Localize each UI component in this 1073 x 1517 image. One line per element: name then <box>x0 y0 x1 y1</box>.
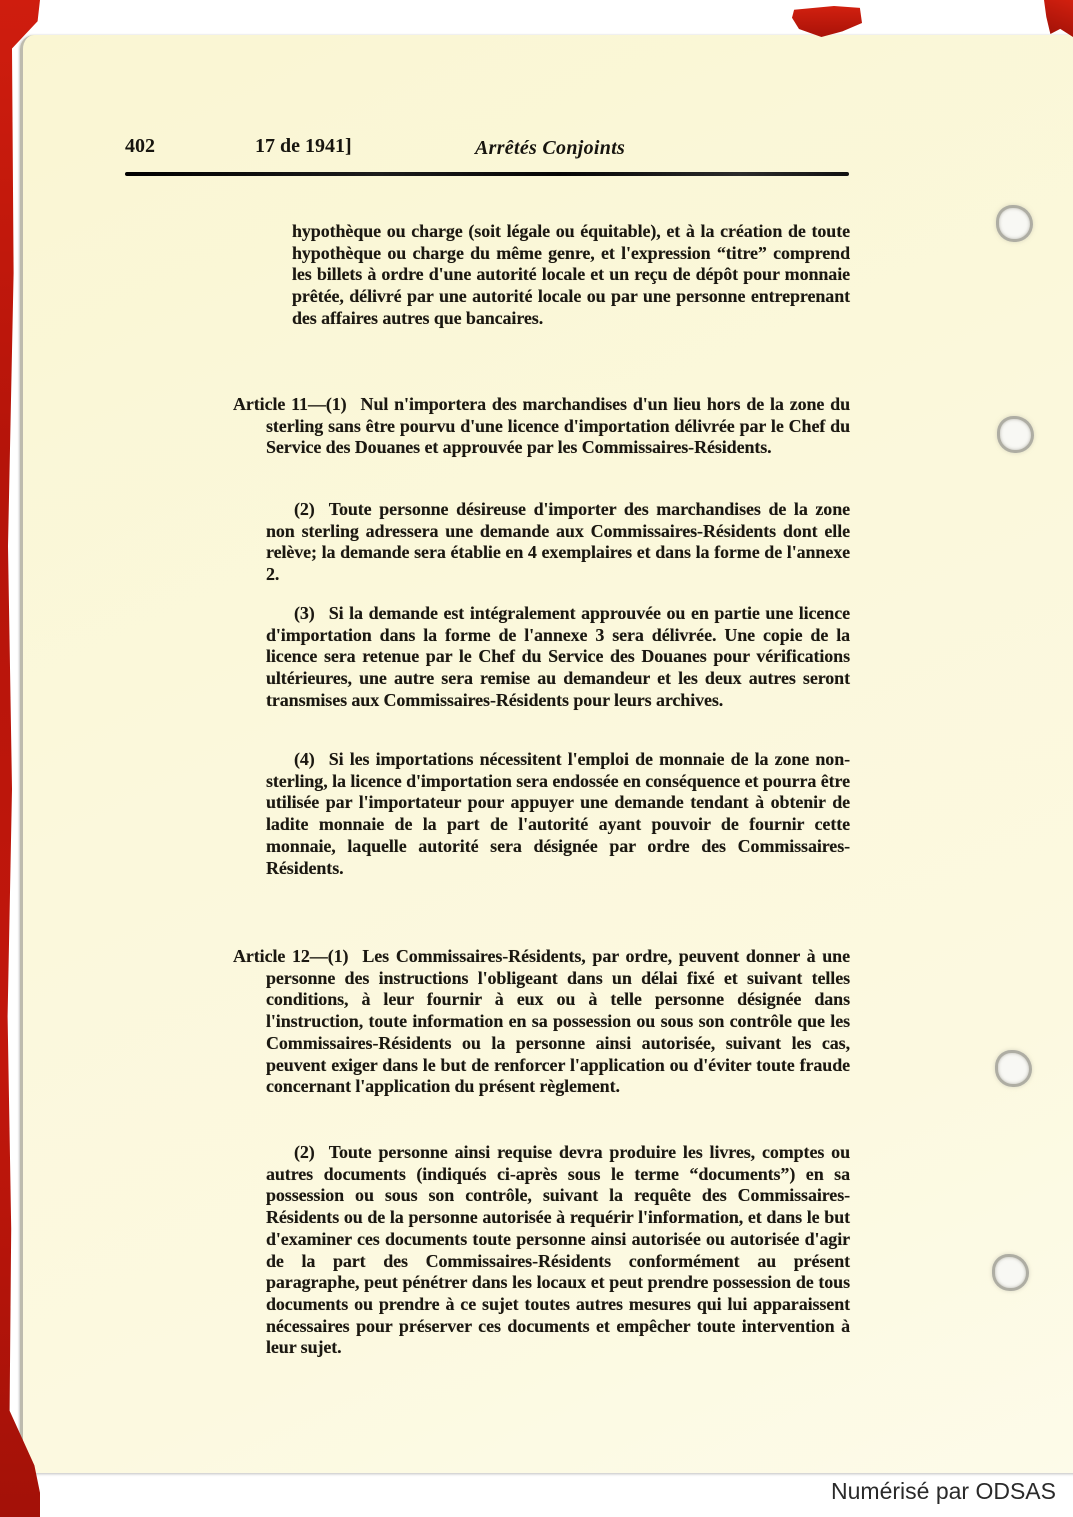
article-12-label: Article 12—(1) <box>233 946 348 966</box>
paragraph-label: (2) <box>294 499 315 519</box>
article-12-paragraph-2: (2)Toute personne ainsi requise devra pr… <box>266 1142 850 1359</box>
paragraph-text: Toute personne désireuse d'importer des … <box>266 499 850 584</box>
paragraph-label: (3) <box>294 603 315 623</box>
scan-edge-artifact-top <box>792 6 862 37</box>
article-12-opening-paragraph: Article 12—(1)Les Commissaires-Résidents… <box>233 946 850 1098</box>
document-page: 402 17 de 1941] Arrêtés Conjoints hypoth… <box>20 35 1073 1473</box>
article-12-text: Les Commissaires-Résidents, par ordre, p… <box>266 946 850 1096</box>
watermark-odsas: Numérisé par ODSAS <box>831 1478 1056 1505</box>
paragraph-label: (4) <box>294 749 315 769</box>
edition-reference: 17 de 1941] <box>255 135 352 158</box>
punch-hole <box>996 205 1033 242</box>
continuation-paragraph: hypothèque ou charge (soit légale ou équ… <box>292 221 850 330</box>
article-11-text: Nul n'importera des marchandises d'un li… <box>266 394 850 457</box>
paragraph-label: (2) <box>294 1142 315 1162</box>
punch-hole <box>997 416 1034 453</box>
scan-edge-artifact-top-right <box>1044 0 1073 37</box>
paragraph-text: Si la demande est intégralement approuvé… <box>266 603 850 710</box>
article-11-paragraph-3: (3)Si la demande est intégralement appro… <box>266 603 850 712</box>
paragraph-text: Toute personne ainsi requise devra produ… <box>266 1142 850 1357</box>
article-11-label: Article 11—(1) <box>233 394 347 414</box>
article-11-paragraph-4: (4)Si les importations nécessitent l'emp… <box>266 749 850 879</box>
page-number: 402 <box>125 135 155 158</box>
article-11-opening-paragraph: Article 11—(1)Nul n'importera des marcha… <box>233 394 850 459</box>
punch-hole <box>992 1254 1029 1291</box>
scan-background: { "header": { "page_number": "402", "ref… <box>0 0 1073 1517</box>
article-11-paragraph-2: (2)Toute personne désireuse d'importer d… <box>266 499 850 586</box>
running-title: Arrêtés Conjoints <box>475 137 625 160</box>
punch-hole <box>995 1050 1032 1087</box>
header-rule <box>125 172 849 176</box>
paragraph-text: Si les importations nécessitent l'emploi… <box>266 749 850 878</box>
